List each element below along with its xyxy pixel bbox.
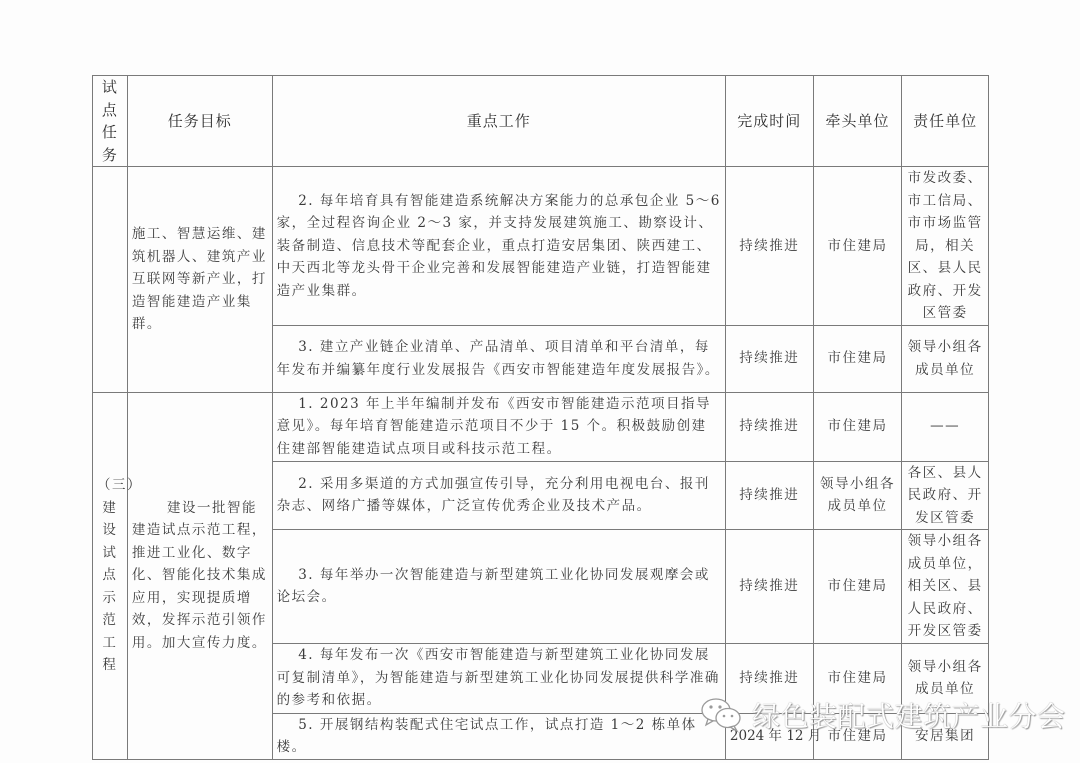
watermark-text: 绿色装配式建筑产业分会 [752, 695, 1066, 735]
responsible-unit-cell: 领导小组各成员单位 [902, 325, 989, 392]
key-work-cell: 2. 每年培育具有智能建造系统解决方案能力的总承包企业 5～6 家，全过程咨询企… [272, 167, 725, 326]
key-work-cell: 2. 采用多渠道的方式加强宣传引导，充分利用电视电台、报刊杂志、网络广播等媒体，… [272, 461, 725, 530]
completion-time-cell: 持续推进 [725, 325, 813, 392]
watermark: 绿色装配式建筑产业分会 [700, 693, 1066, 737]
responsible-unit-cell: —— [902, 392, 989, 461]
key-work-cell: 4. 每年发布一次《西安市智能建造与新型建筑工业化协同发展可复制清单》，为智能建… [272, 643, 725, 713]
header-completion-time: 完成时间 [725, 76, 813, 167]
key-work-cell: 3. 建立产业链企业清单、产品清单、项目清单和平台清单，每年发布并编纂年度行业发… [272, 325, 725, 392]
table-row: （三）建设试点示范工程 建设一批智能建造试点示范工程，推进工业化、数字化、智能化… [93, 392, 989, 461]
goal-cell: 施工、智慧运维、建筑机器人、建筑产业互联网等新产业，打造智能建造产业集群。 [127, 167, 272, 393]
table-header-row: 试点任务 任务目标 重点工作 完成时间 牵头单位 责任单位 [93, 76, 989, 167]
responsible-unit-cell: 市发改委、市工信局、市市场监管局，相关区、县人民政府、开发区管委 [902, 167, 989, 326]
lead-unit-cell: 市住建局 [813, 392, 902, 461]
key-work-cell: 1. 2023 年上半年编制并发布《西安市智能建造示范项目指导意见》。每年培育智… [272, 392, 725, 461]
header-lead-unit: 牵头单位 [813, 76, 902, 167]
responsible-unit-cell: 各区、县人民政府、开发区管委 [902, 461, 989, 530]
key-work-cell: 5. 开展钢结构装配式住宅试点工作，试点打造 1～2 栋单体楼。 [272, 713, 725, 759]
table-row: 施工、智慧运维、建筑机器人、建筑产业互联网等新产业，打造智能建造产业集群。 2.… [93, 167, 989, 326]
lead-unit-cell: 市住建局 [813, 325, 902, 392]
header-pilot-task: 试点任务 [93, 76, 128, 167]
lead-unit-cell: 领导小组各成员单位 [813, 461, 902, 530]
header-key-work: 重点工作 [272, 76, 725, 167]
lead-unit-cell: 市住建局 [813, 530, 902, 644]
completion-time-cell: 持续推进 [725, 167, 813, 326]
pilot-task-table: 试点任务 任务目标 重点工作 完成时间 牵头单位 责任单位 施工、智慧运维、建筑… [92, 75, 989, 760]
completion-time-cell: 持续推进 [725, 461, 813, 530]
responsible-unit-cell: 领导小组各成员单位，相关区、县人民政府、开发区管委 [902, 530, 989, 644]
header-task-goal: 任务目标 [127, 76, 272, 167]
completion-time-cell: 持续推进 [725, 530, 813, 644]
header-responsible-unit: 责任单位 [902, 76, 989, 167]
task-cell-continued [93, 167, 128, 393]
pilot-task-cell: （三）建设试点示范工程 [93, 392, 128, 759]
completion-time-cell: 持续推进 [725, 392, 813, 461]
wechat-icon [700, 697, 744, 733]
goal-cell: 建设一批智能建造试点示范工程，推进工业化、数字化、智能化技术集成应用，实现提质增… [127, 392, 272, 759]
key-work-cell: 3. 每年举办一次智能建造与新型建筑工业化协同发展观摩会或论坛会。 [272, 530, 725, 644]
lead-unit-cell: 市住建局 [813, 167, 902, 326]
